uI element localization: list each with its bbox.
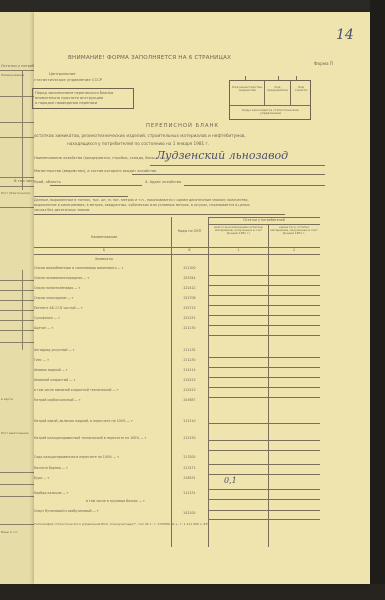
form-label: Форма П xyxy=(314,62,333,66)
col-header-code: Коды по ОКП xyxy=(173,230,206,233)
code-ministry-header: Код министерства, ведомства xyxy=(232,86,263,92)
table-row-name: в том числе в грузовых бочках — т xyxy=(86,500,145,503)
footer-imprint: Типография статистического управления ВС… xyxy=(34,523,209,526)
col-number-2: 2 xyxy=(270,249,318,252)
col-header-group: Остатки у потребителей xyxy=(210,219,318,222)
codes-table: Код министерства, ведомства Код предприя… xyxy=(229,80,311,120)
table-row-code: 243657 xyxy=(173,399,206,402)
scanner-top-border xyxy=(0,0,385,12)
table-row-name: Гипс — т xyxy=(34,359,49,362)
col-number-code: В xyxy=(173,249,206,252)
table-row-code: 211131 xyxy=(173,492,206,495)
table-row-value[interactable]: 0,1 xyxy=(224,477,237,485)
table-row-name: Аммиак водный — т xyxy=(34,369,68,372)
scanner-bottom-border xyxy=(0,584,385,600)
agency-line-1: Центральное xyxy=(49,72,76,76)
document-subtitle-2: находящихся у потребителей по состоянию … xyxy=(67,142,209,146)
table-row-code: 242100 xyxy=(173,512,206,515)
left-page-label-4: в карте xyxy=(1,398,13,401)
page-number: 14 xyxy=(336,28,354,42)
table-row-code: 232713 xyxy=(173,307,206,310)
note-line-1: Данные, выраженные в тоннах, тыс. шт, м,… xyxy=(34,199,249,202)
enterprise-value[interactable]: Лудзенский льнозавод xyxy=(156,150,288,161)
table-row-code: 211132 xyxy=(173,349,206,352)
table-row-code: 213200 xyxy=(173,456,206,459)
table-row-name: Карбид кальция — т xyxy=(34,492,69,495)
table-row-name: Натрий карбоксильный — т xyxy=(34,399,81,402)
address-label: 4. Адрес хозяйства xyxy=(145,181,181,185)
table-row-name: Аммоний хлористый — т xyxy=(34,379,75,382)
warning-heading: ВНИМАНИЕ! ФОРМА ЗАПОЛНЯЕТСЯ НА 6 СТРАНИЦ… xyxy=(68,56,231,62)
document-subtitle-1: остатков химикатов, резинотехнических из… xyxy=(34,134,246,138)
table-row-name: Смолы ионообменные и сополимеры винилово… xyxy=(34,267,124,270)
table-row-name: Сульфанол — т xyxy=(34,317,60,320)
table-row-name: Кислота борная — т xyxy=(34,467,68,470)
instruction-box: Перед заполнением переписного бланка вни… xyxy=(32,88,134,109)
table-row-name: Смолы эпоксидные — т xyxy=(34,297,74,300)
table-row-name: Пигмент АБ-17-Б чистый — т xyxy=(34,307,83,310)
table-row-code: 212150 xyxy=(173,437,206,440)
section-label: Химикаты xyxy=(64,258,144,261)
scanner-right-border xyxy=(370,0,385,600)
agency-line-2: статистическое управление СССР xyxy=(34,78,102,82)
table-row-name: Смола полиэтиленовая — т xyxy=(34,287,80,290)
table-row-name: Натрий едкий, включая жидкий, в пересчет… xyxy=(34,420,133,423)
note-line-3: числах без десятичных знаков. xyxy=(34,209,90,212)
form-page: 14 ВНИМАНИЕ! ФОРМА ЗАПОЛНЯЕТСЯ НА 6 СТРА… xyxy=(34,12,370,584)
col-number-name: Б xyxy=(64,249,144,252)
table-row-code: 222708 xyxy=(173,297,206,300)
table-row-name: Бура — т xyxy=(34,477,49,480)
col-number-1: 1 xyxy=(210,249,267,252)
document-title: ПЕРЕПИСНОЙ БЛАНК xyxy=(146,124,219,129)
table-row-code: 214114 xyxy=(173,369,206,372)
table-row-name: Ацетон — т xyxy=(34,327,53,330)
left-page-label-6: Базы и т.п. xyxy=(1,531,18,534)
table-row-code: 218531 xyxy=(173,477,206,480)
table-row-name: Смола поливинилхлоридная — т xyxy=(34,277,89,280)
table-row-code: 221130 xyxy=(173,327,206,330)
col-header-name: Наименование xyxy=(64,236,144,239)
note-line-2: выраженное в килограммах, в метрах, квад… xyxy=(34,204,250,207)
table-row-name: в том числе аммоний хлористый технически… xyxy=(34,389,119,392)
table-row-name: Натрий кальцинированный технический в пе… xyxy=(34,437,146,440)
table-row-name: Сода кальцинированная в пересчете на 100… xyxy=(34,456,119,459)
table-row-code: 222151 xyxy=(173,317,206,320)
codes-note: Коды заполняются статистическим управлен… xyxy=(232,109,309,115)
enterprise-label: Наименование хозяйства (предприятия, стр… xyxy=(34,157,167,161)
left-page-label-3: Рост (Фактически) xyxy=(1,192,30,195)
table-row-code: 222412 xyxy=(173,287,206,290)
table-row-name: Спирт бутиловый и изобутиловый — т xyxy=(34,510,99,513)
table-row-code: 212110 xyxy=(173,420,206,423)
left-page-label-5: Рост выполнение xyxy=(1,432,28,435)
table-row-code: 215213 xyxy=(173,389,206,392)
table-row-code: 225344 xyxy=(173,277,206,280)
code-enterprise-header: Код предприятия xyxy=(266,86,289,92)
left-page-col-a: Наименование xyxy=(1,74,24,77)
table-row-code: 221300 xyxy=(173,267,206,270)
col-header-2: кроме того, остатки материалов, полученн… xyxy=(270,226,318,235)
col-header-1: всего (за исключением остатков материало… xyxy=(210,226,267,235)
code-branch-header: Код отрасли xyxy=(292,86,310,92)
table-row-code: 215213 xyxy=(173,379,206,382)
table-row-code: 211230 xyxy=(173,359,206,362)
table-row-name: Ангидрид уксусный — т xyxy=(34,349,74,352)
table-row-code: 213171 xyxy=(173,467,206,470)
